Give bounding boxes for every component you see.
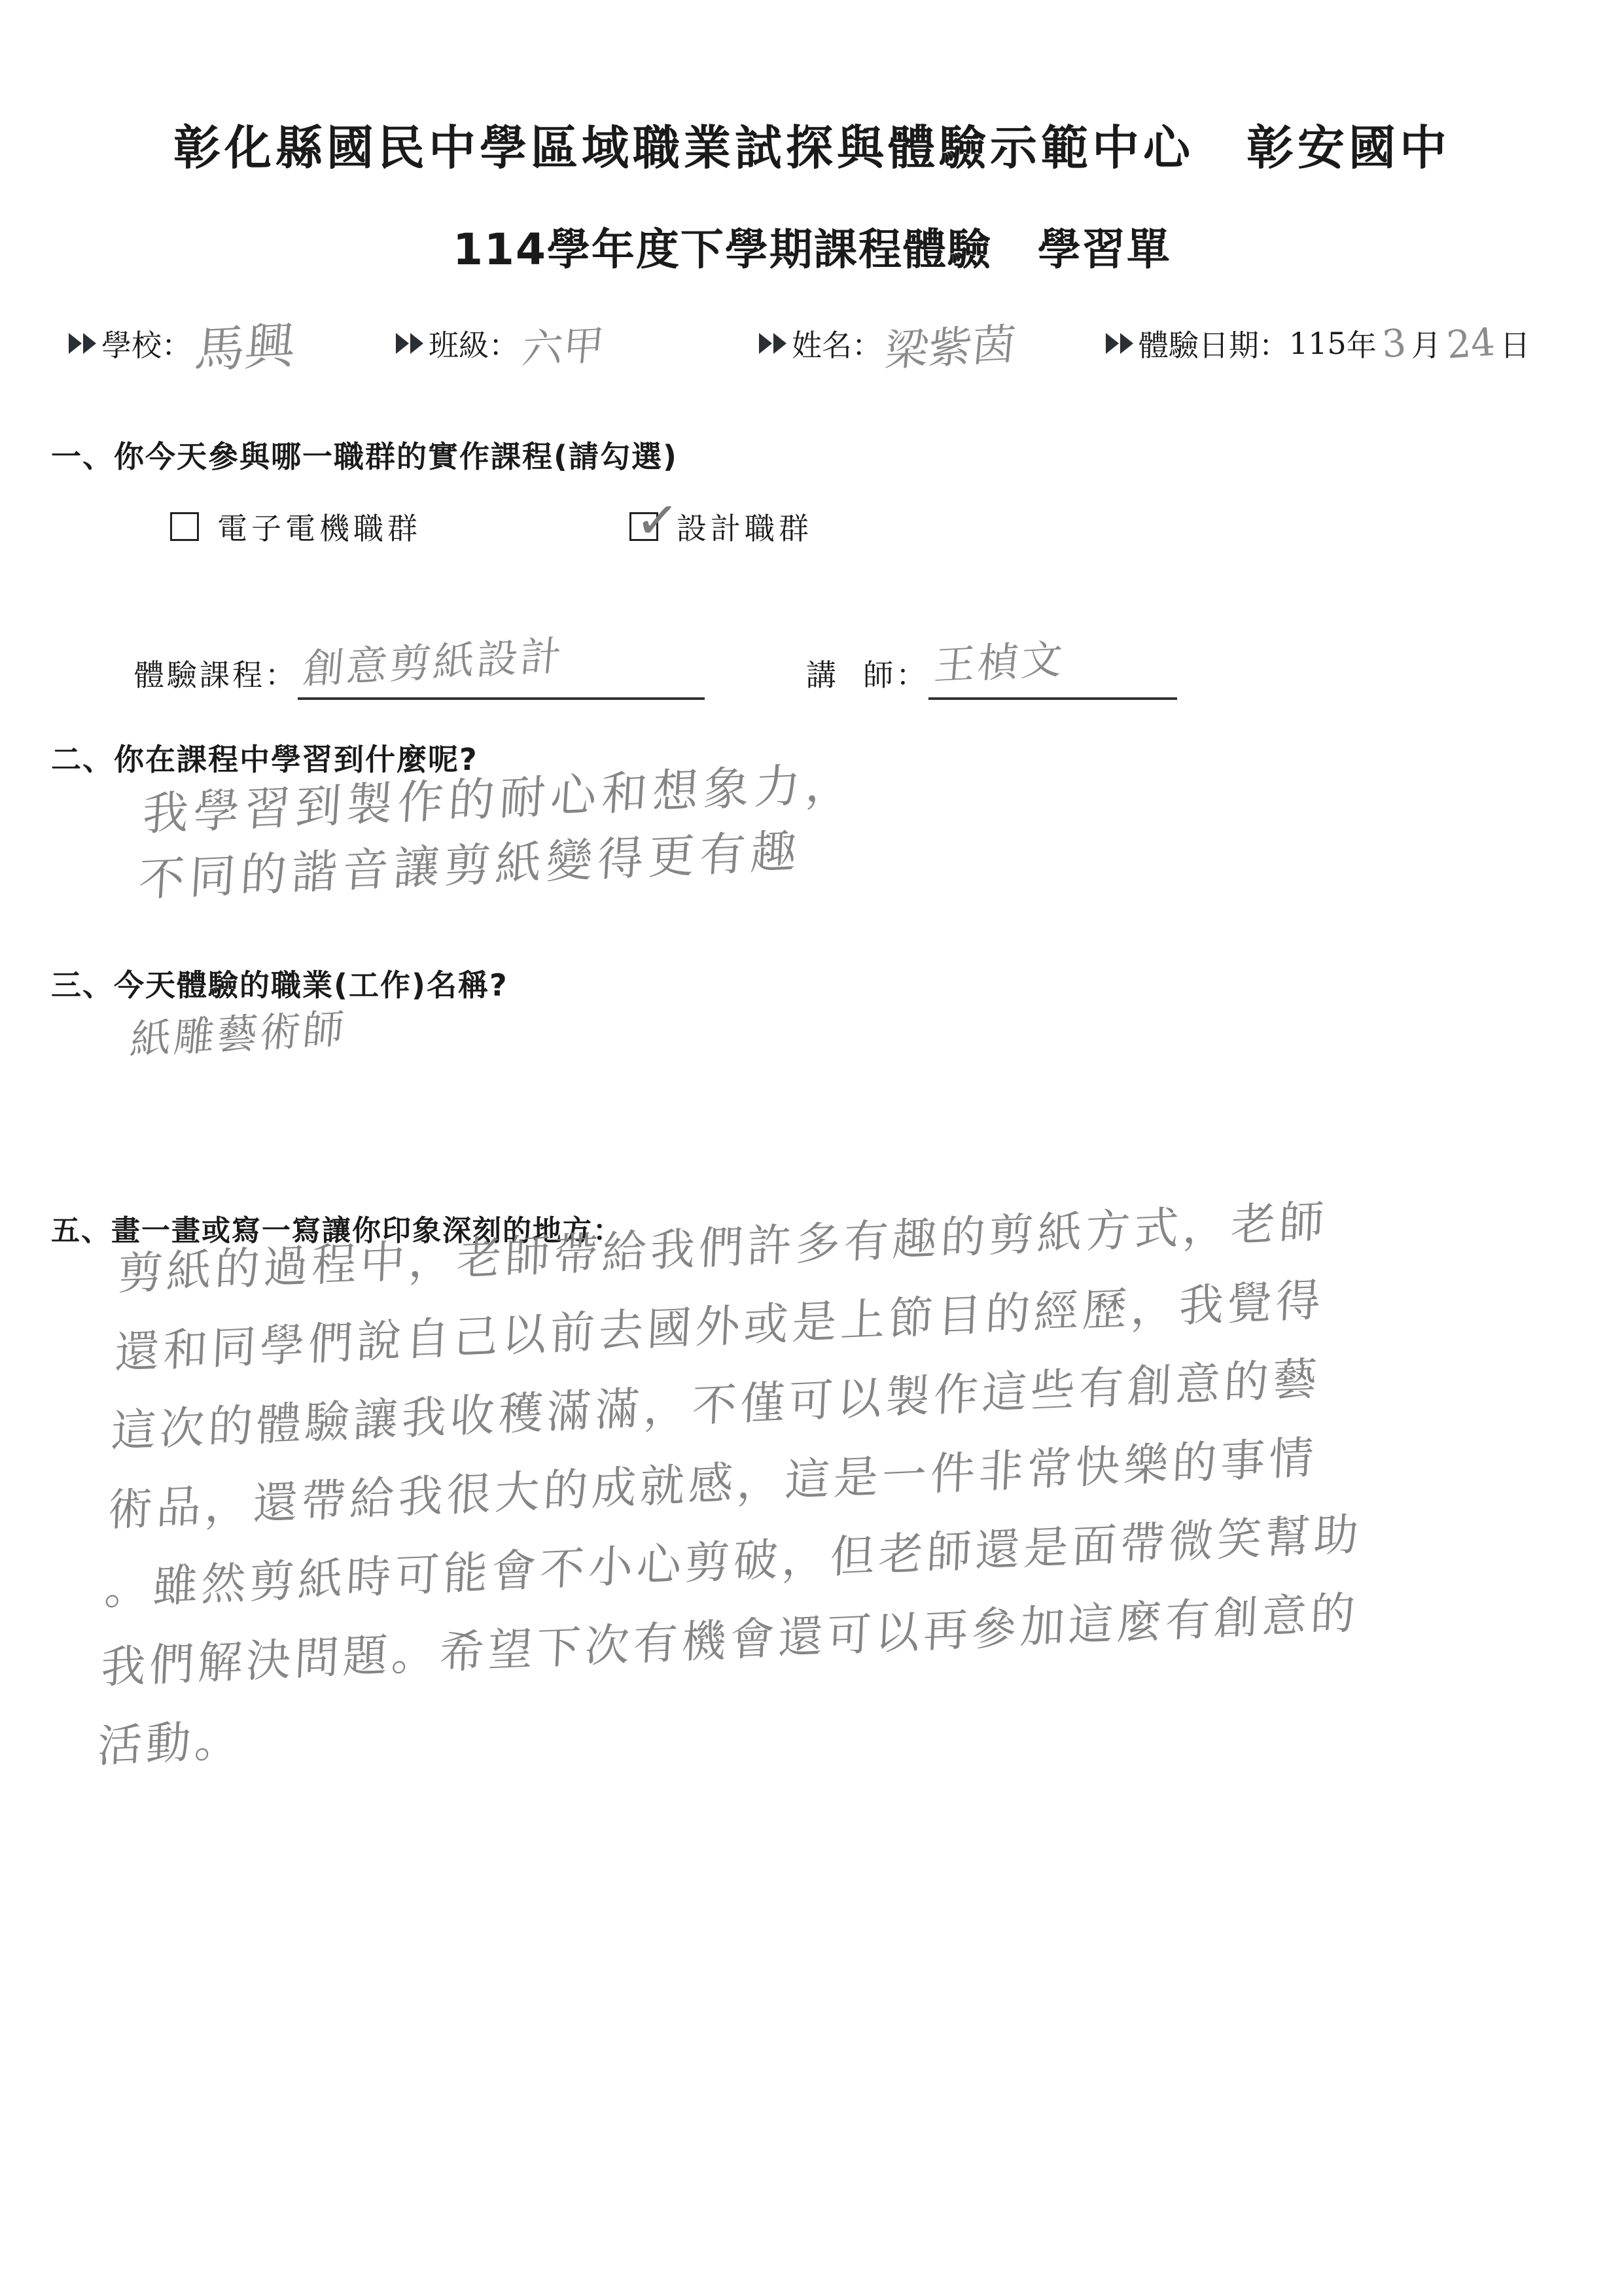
teacher-field: 講 師： 王楨文 — [806, 628, 1177, 700]
title-school: 彰安國中 — [1246, 120, 1451, 175]
course-field: 體驗課程： 創意剪紙設計 — [134, 628, 705, 700]
checkmark-icon: ✓ — [633, 493, 680, 548]
option-label: 設計職群 — [677, 505, 813, 548]
date-year-unit: 年 — [1347, 322, 1377, 365]
question-3-heading: 三、今天體驗的職業(工作)名稱? — [51, 962, 508, 1005]
school-label: 學校： — [101, 322, 192, 365]
option-electronics[interactable]: 電子電機職群 — [170, 497, 421, 556]
question-3-answer[interactable]: 紙雕藝術師 — [128, 996, 349, 1066]
subtitle-term: 114學年度下學期課程體驗 — [453, 224, 992, 275]
checkbox-unchecked[interactable] — [170, 512, 199, 541]
date-field[interactable]: 體驗日期： 115 年 3 月 24 日 — [1106, 307, 1530, 379]
subtitle-form: 學習單 — [1038, 224, 1171, 275]
title-organization: 彰化縣國民中學區域職業試探與體驗示範中心 — [173, 120, 1194, 175]
teacher-input[interactable]: 王楨文 — [928, 632, 1177, 700]
date-label: 體驗日期： — [1139, 322, 1289, 365]
option-design[interactable]: ✓ 設計職群 — [629, 497, 813, 556]
class-field[interactable]: 班級： 六甲 — [396, 307, 604, 379]
teacher-value: 王楨文 — [932, 627, 1068, 691]
question-5-answer[interactable]: 剪紙的過程中，老師帶給我們許多有趣的剪紙方式，老師 還和同學們說自己以前去國外或… — [96, 1181, 1362, 1786]
name-field[interactable]: 姓名： 梁紫茵 — [759, 307, 1015, 379]
class-value[interactable]: 六甲 — [520, 312, 607, 374]
option-label: 電子電機職群 — [217, 505, 421, 548]
question-1-heading: 一、你今天參與哪一職群的實作課程(請勾選) — [51, 433, 678, 476]
double-arrow-icon — [759, 333, 788, 354]
name-value[interactable]: 梁紫茵 — [883, 309, 1019, 377]
course-value: 創意剪紙設計 — [301, 623, 567, 695]
form-title: 彰化縣國民中學區域職業試探與體驗示範中心彰安國中 — [0, 110, 1624, 178]
date-day-value[interactable]: 24 — [1445, 320, 1496, 368]
teacher-label: 講 師： — [806, 652, 928, 695]
date-month-unit: 月 — [1411, 322, 1441, 365]
course-input[interactable]: 創意剪紙設計 — [298, 632, 705, 700]
course-info-row: 體驗課程： 創意剪紙設計 講 師： 王楨文 — [0, 628, 1624, 700]
date-year: 115 — [1289, 326, 1347, 361]
checkbox-checked[interactable]: ✓ — [629, 512, 658, 541]
school-value[interactable]: 馬興 — [192, 305, 299, 382]
date-day-unit: 日 — [1500, 322, 1530, 365]
double-arrow-icon — [69, 333, 97, 354]
student-info-row: 學校： 馬興 班級： 六甲 姓名： 梁紫茵 體驗日期： 115 年 3 月 24… — [0, 307, 1624, 379]
school-field[interactable]: 學校： 馬興 — [69, 307, 295, 379]
class-label: 班級： — [429, 322, 519, 365]
double-arrow-icon — [396, 333, 425, 354]
course-label: 體驗課程： — [134, 652, 298, 695]
form-subtitle: 114學年度下學期課程體驗學習單 — [0, 215, 1624, 277]
double-arrow-icon — [1106, 333, 1135, 354]
name-label: 姓名： — [792, 322, 882, 365]
career-cluster-options: 電子電機職群 ✓ 設計職群 — [0, 497, 1624, 556]
date-month-value[interactable]: 3 — [1380, 321, 1407, 366]
